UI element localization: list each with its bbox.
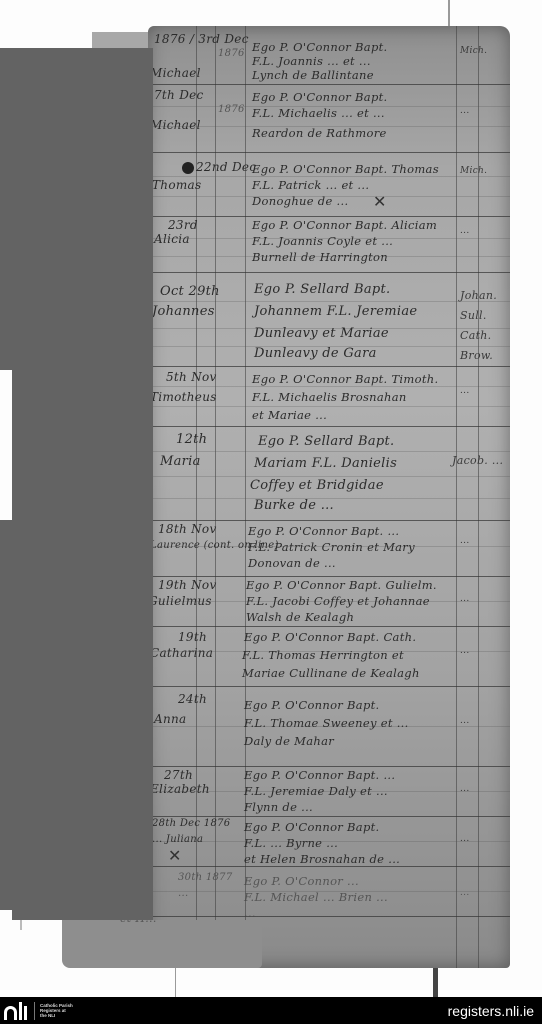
document-viewer[interactable]: 1876 / 3rd Dec 1876 Michael Ego P. O'Con…	[0, 0, 542, 997]
scan-edge-line	[433, 965, 438, 997]
entry-date: 12th	[176, 432, 207, 447]
entry-text-line: F.L. Thomas Herrington et	[242, 648, 404, 662]
entry-separator	[148, 366, 510, 367]
entry-text-line: F.L. Michaelis Brosnahan	[252, 390, 407, 404]
entry-date: 19th Nov	[158, 578, 217, 592]
entry-text-line: ...	[244, 906, 256, 920]
entry-name: Alicia	[154, 232, 190, 246]
ruled-line	[148, 386, 510, 387]
entry-date: 1876 / 3rd Dec	[154, 32, 249, 46]
entry-separator	[148, 576, 510, 577]
entry-margin-note: ...	[460, 386, 469, 396]
entry-date: 28th Dec 1876	[152, 818, 230, 829]
entry-year-note: 1876	[218, 48, 245, 59]
entry-date: 30th 1877	[178, 872, 233, 883]
entry-text-line: Ego P. O'Connor Bapt. Cath.	[244, 630, 416, 644]
entry-text-line: Ego P. O'Connor Bapt. Gulielm.	[246, 578, 437, 592]
entry-text-line: Mariam F.L. Danielis	[254, 456, 397, 471]
entry-margin-note: Mich.	[460, 46, 487, 56]
ink-blot	[182, 162, 194, 174]
entry-text-line: Burnell de Harrington	[252, 250, 388, 264]
entry-text-line: F.L. Joannis Coyle et ...	[252, 234, 393, 248]
entry-text-line: F.L. Michael ... Brien ...	[244, 890, 388, 904]
entry-text-line: Ego P. O'Connor Bapt.	[252, 40, 388, 54]
entry-name: Michael	[150, 66, 201, 80]
entry-margin-note: Jacob. ...	[452, 454, 503, 467]
entry-text-line: Dunleavy de Gara	[254, 346, 377, 361]
site-footer: Catholic Parish Registers at the NLI reg…	[0, 997, 542, 1024]
redaction-mask	[40, 800, 143, 920]
entry-text-line: Ego P. O'Connor Bapt. ...	[248, 524, 399, 538]
page-tab	[92, 32, 152, 48]
entry-text-line: Ego P. O'Connor Bapt.	[244, 820, 380, 834]
entry-separator	[148, 272, 510, 273]
entry-text-line: Ego P. O'Connor Bapt.	[252, 90, 388, 104]
redaction-mask	[0, 520, 26, 910]
entry-separator	[148, 766, 510, 767]
logo-letter-l	[19, 1002, 22, 1020]
entry-margin-note: ...	[460, 888, 469, 898]
entry-text-line: Dunleavy et Mariae	[254, 326, 389, 341]
ruled-line	[148, 406, 510, 407]
ruled-line	[148, 301, 510, 302]
entry-separator	[148, 426, 510, 427]
entry-separator	[148, 626, 510, 627]
entry-text-line: Walsh de Kealagh	[246, 610, 354, 624]
entry-margin-note: ...	[460, 646, 469, 656]
entry-text-line: F.L. Jeremiae Daly et ...	[244, 784, 388, 798]
nli-logo-mark	[4, 1002, 27, 1020]
entry-separator	[148, 916, 510, 917]
entry-text-line: Burke de ...	[254, 498, 334, 513]
entry-name: Michael	[150, 118, 201, 132]
logo-letter-i	[24, 1006, 27, 1020]
entry-text-line: Coffey et Bridgidae	[250, 478, 384, 493]
register-page: 1876 / 3rd Dec 1876 Michael Ego P. O'Con…	[148, 26, 510, 968]
entry-text-line: et Mariae ...	[252, 408, 327, 422]
entry-text-line: Donovan de ...	[248, 556, 336, 570]
entry-text-line: Lynch de Ballintane	[252, 68, 374, 82]
entry-text-line: Ego P. O'Connor Bapt. Thomas	[252, 162, 439, 176]
nli-logo[interactable]: Catholic Parish Registers at the NLI	[4, 1002, 73, 1020]
entry-text-line: F.L. Jacobi Coffey et Johannae	[246, 594, 430, 608]
entry-date: 7th Dec	[154, 88, 204, 102]
site-link[interactable]: registers.nli.ie	[448, 1003, 534, 1019]
entry-text-line: Mariae Cullinane de Kealagh	[242, 666, 420, 680]
scan-edge-line	[448, 0, 450, 26]
scan-edge-line	[175, 965, 176, 997]
entry-name: Catharina	[150, 646, 213, 660]
entry-name: Johannes	[152, 304, 215, 319]
ruled-line	[148, 176, 510, 177]
entry-text-line: Reardon de Rathmore	[252, 126, 387, 140]
logo-text: Catholic Parish Registers at the NLI	[40, 1003, 73, 1018]
entry-text-line: Ego P. O'Connor Bapt.	[244, 698, 380, 712]
logo-text-line: the NLI	[40, 1013, 73, 1018]
entry-margin-note: ...	[460, 784, 469, 794]
entry-date: 5th Nov	[166, 370, 217, 384]
entry-date: 24th	[178, 692, 207, 706]
entry-text-line: Ego P. O'Connor ...	[244, 874, 359, 888]
entry-separator	[148, 152, 510, 153]
entry-text-line: Johannem F.L. Jeremiae	[254, 304, 417, 319]
entry-margin-note: ...	[460, 834, 469, 844]
entry-year-note: 1876	[218, 104, 245, 115]
entry-name: Maria	[160, 454, 201, 469]
page-bottom-edge: et H...	[62, 920, 262, 968]
redaction-mask	[0, 48, 153, 350]
cross-mark: ✕	[168, 846, 181, 865]
entry-text-line: Ego P. Sellard Bapt.	[258, 434, 394, 449]
entry-text-line: F.L. Joannis ... et ...	[252, 54, 371, 68]
entry-name: ... Juliana	[152, 834, 203, 845]
entry-margin-note: ...	[460, 594, 469, 604]
entry-margin-note: ...	[460, 106, 469, 116]
entry-date: 19th	[178, 630, 207, 644]
entry-text-line: Flynn de ...	[244, 800, 313, 814]
entry-separator	[148, 520, 510, 521]
entry-text-line: Ego P. O'Connor Bapt. Timoth.	[252, 372, 438, 386]
entry-text-line: F.L. Thomae Sweeney et ...	[244, 716, 409, 730]
entry-text-line: F.L. ... Byrne ...	[244, 836, 338, 850]
entry-margin-note: ...	[460, 716, 469, 726]
entry-separator	[148, 816, 510, 817]
entry-text-line: Ego P. Sellard Bapt.	[254, 282, 390, 297]
entry-separator	[148, 686, 510, 687]
entry-separator	[148, 84, 510, 85]
entry-date: 18th Nov	[158, 522, 217, 536]
entry-text-line: F.L. Michaelis ... et ...	[252, 106, 385, 120]
entry-margin-note: Mich.	[460, 166, 487, 176]
entry-margin-note: ...	[460, 536, 469, 546]
entry-date: 22nd Dec	[196, 160, 256, 174]
redaction-mask	[0, 350, 12, 370]
entry-text-line: et Helen Brosnahan de ...	[244, 852, 400, 866]
logo-letter-n	[4, 1006, 17, 1020]
entry-date: 23rd	[168, 218, 198, 232]
logo-divider	[34, 1002, 35, 1020]
entry-date: 27th	[164, 768, 193, 782]
ruled-line	[148, 476, 510, 477]
entry-name: Thomas	[152, 178, 201, 192]
entry-date: Oct 29th	[160, 284, 220, 299]
entry-name: ...	[178, 888, 188, 899]
entry-separator	[148, 216, 510, 217]
entry-name: Gulielmus	[148, 594, 212, 608]
entry-margin-note: Johan. Sull. Cath. Brow.	[460, 286, 488, 366]
cross-mark: ✕	[373, 192, 386, 211]
entry-text-line: F.L. Patrick ... et ...	[252, 178, 369, 192]
entry-name: Elizabeth	[150, 782, 210, 796]
entry-name: Timotheus	[150, 390, 217, 404]
entry-text-line: Ego P. O'Connor Bapt. ...	[244, 768, 395, 782]
entry-separator	[148, 866, 510, 867]
entry-name: Anna	[154, 712, 186, 726]
ruled-line	[148, 451, 510, 452]
entry-margin-note: ...	[460, 226, 469, 236]
entry-text-line: F.L. Patrick Cronin et Mary	[248, 540, 415, 554]
column-rule	[456, 26, 457, 968]
entry-text-line: Daly de Mahar	[244, 734, 334, 748]
entry-text-line: Donoghue de ...	[252, 194, 348, 208]
entry-text-line: Ego P. O'Connor Bapt. Aliciam	[252, 218, 437, 232]
